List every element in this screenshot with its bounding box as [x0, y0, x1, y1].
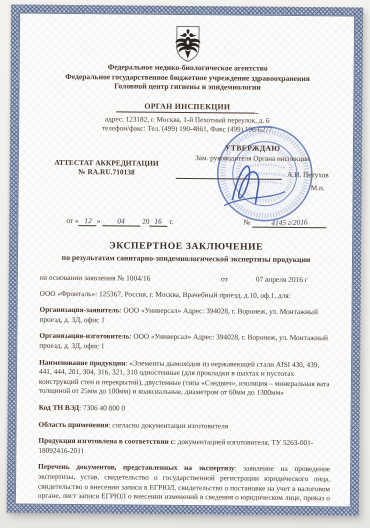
- field-application-area: Область применения: согласно документаци…: [39, 419, 331, 431]
- accreditation-number: № RA.RU.710138: [41, 167, 172, 178]
- handwritten-month: 04: [117, 216, 125, 225]
- accreditation-block: АТТЕСТАТ АККРЕДИТАЦИИ № RA.RU.710138: [40, 141, 172, 204]
- phone-line: телефон/факс: Тел. (499) 190-4861, Факс …: [41, 124, 333, 136]
- approve-block: УТВЕРЖДАЮ Зам. руководителя Органа инспе…: [172, 142, 333, 205]
- coat-of-arms-icon: [172, 25, 204, 63]
- number-line: № 4145 г/2016: [243, 217, 326, 228]
- basis-ot: от: [221, 274, 228, 283]
- field-produced-according: Продукция изготовлена в соответствии с: …: [38, 436, 330, 458]
- applicant-intro: ООО «Фронталь»: 125367, Россия, г. Москв…: [40, 288, 332, 300]
- basis-row: на основании заявления № 1004/16 от 07 а…: [40, 272, 332, 284]
- approver-position: Зам. руководителя Органа инспекции: [172, 152, 333, 163]
- field-document-list: Перечень документов, представленных на э…: [38, 462, 330, 507]
- guilloche-border: Федеральное медико-биологическое агентст…: [7, 4, 363, 515]
- handwritten-year: 16: [155, 216, 163, 225]
- basis-text: на основании заявления № 1004/16: [40, 272, 151, 282]
- date-number-row: от «12» 04 2016 г. № 4145 г/2016: [66, 216, 326, 228]
- field-manufacturer: Организация-изготовитель: ООО «Универсал…: [39, 331, 331, 353]
- emblem-wrap: [42, 24, 334, 65]
- seal-note: М.п.: [172, 181, 333, 192]
- paper: Федеральное медико-биологическое агентст…: [15, 13, 355, 508]
- approver-name: А.И. Петухов: [287, 169, 329, 179]
- signature-line: [176, 170, 282, 180]
- accreditation-title: АТТЕСТАТ АККРЕДИТАЦИИ: [41, 157, 172, 168]
- basis-date: 07 апреля 2016 г: [256, 274, 308, 283]
- field-applicant: Организация-заявитель: ООО «Универсал» А…: [39, 305, 331, 327]
- inspection-body-title: ОРГАН ИНСПЕКЦИИ: [116, 101, 258, 113]
- handwritten-day: 12: [84, 216, 92, 225]
- document-title: ЭКСПЕРТНОЕ ЗАКЛЮЧЕНИЕ: [40, 239, 332, 253]
- date-line: от «12» 04 2016 г.: [66, 216, 173, 227]
- approval-section: АТТЕСТАТ АККРЕДИТАЦИИ № RA.RU.710138 УТВ…: [40, 141, 333, 206]
- document-subtitle: по результатам санитарно-эпидемиологичес…: [40, 252, 332, 264]
- handwritten-number: 4145 г/2016: [271, 217, 308, 227]
- field-tn-ved-code: Код ТН ВЭД: 7306 40 800 0: [39, 403, 331, 415]
- document-page: Федеральное медико-биологическое агентст…: [7, 4, 363, 515]
- field-product-name: Наименование продукции: «Элементы дымохо…: [39, 357, 331, 398]
